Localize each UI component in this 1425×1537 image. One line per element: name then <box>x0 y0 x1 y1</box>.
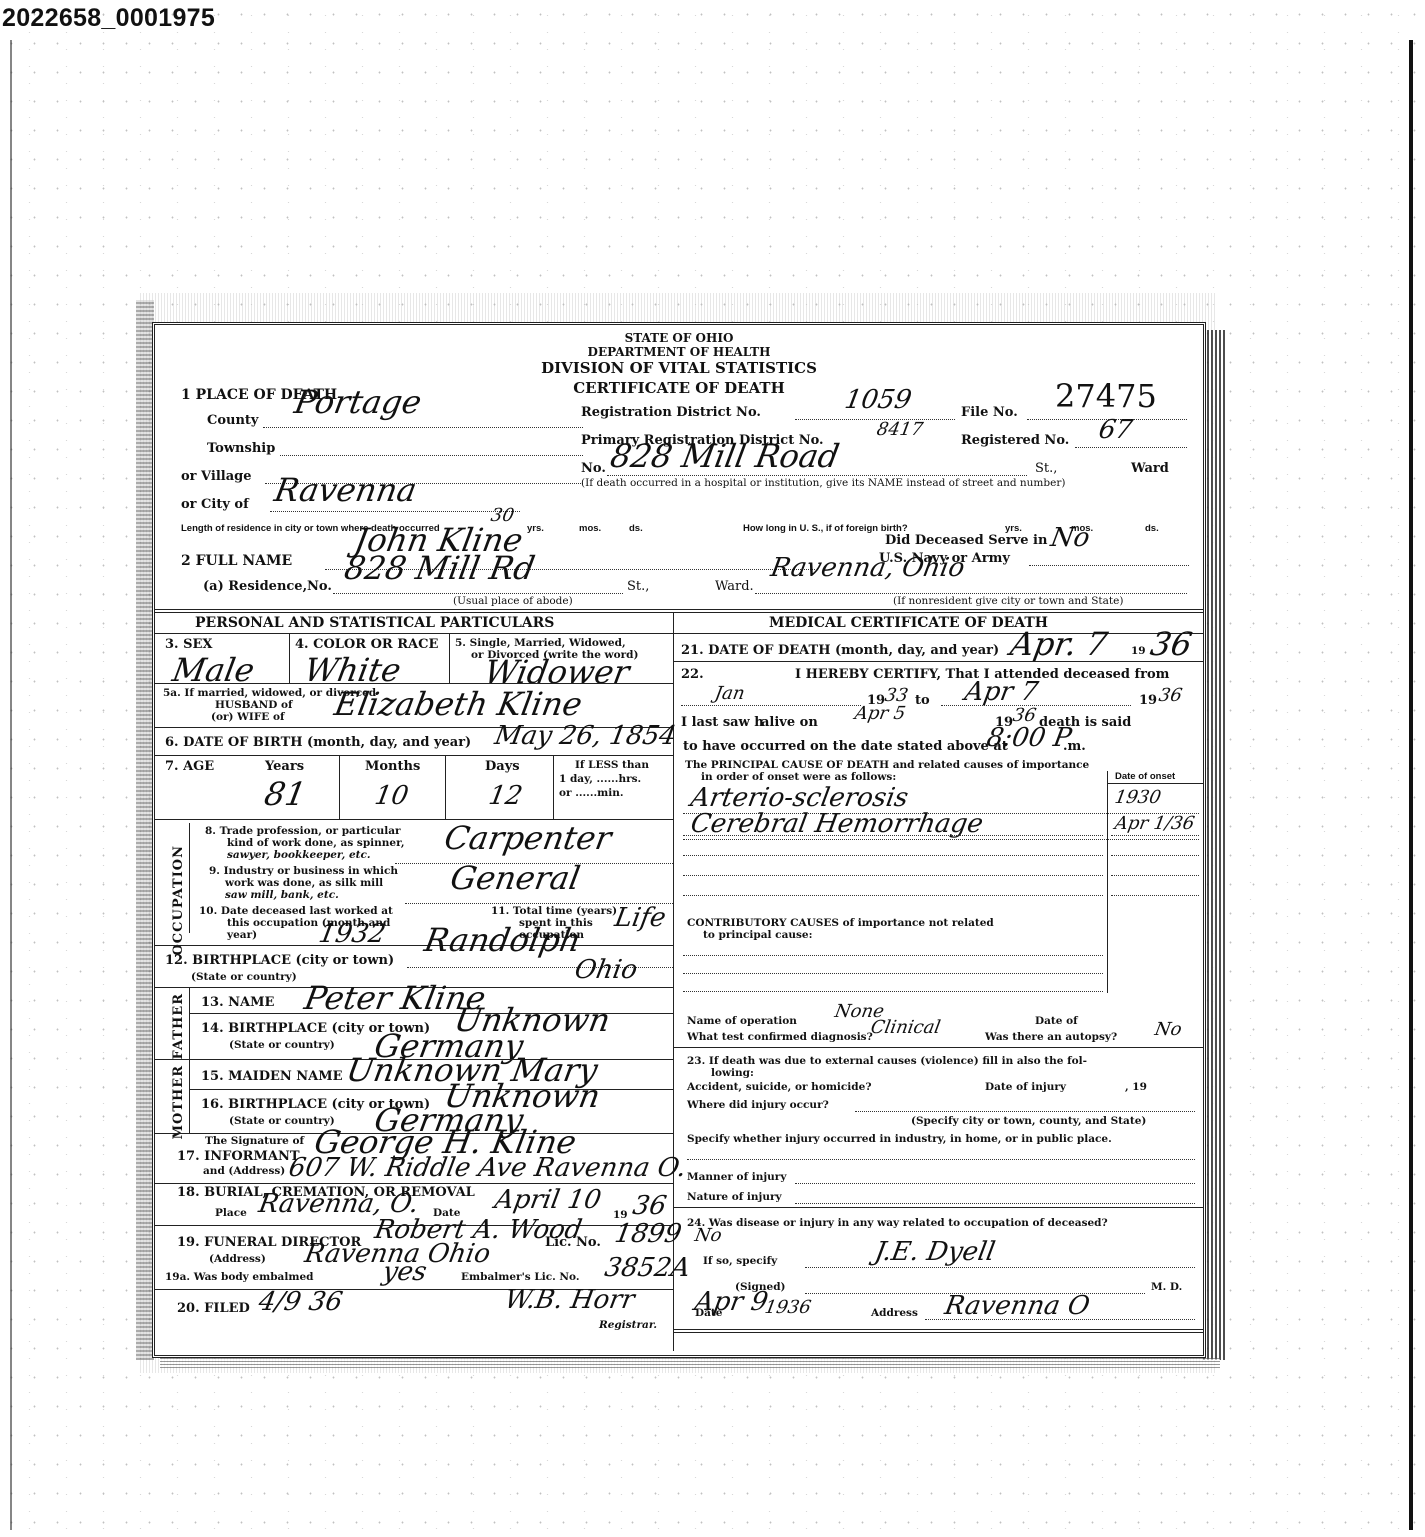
contributory-label-2: to principal cause: <box>703 929 812 941</box>
header-department: DEPARTMENT OF HEALTH <box>155 345 1203 359</box>
md-label: M. D. <box>1151 1281 1182 1293</box>
age-months-value: 10 <box>372 781 410 811</box>
dod-value: Apr. 7 <box>1008 625 1111 663</box>
yrs-label: yrs. <box>527 523 544 534</box>
occurred-label: to have occurred on the date stated abov… <box>683 739 1008 754</box>
filed-value: 4/9 36 <box>256 1287 344 1317</box>
months-label: Months <box>365 759 420 774</box>
attended-from-value: Jan <box>713 683 746 704</box>
county-line <box>263 427 583 428</box>
operation-label: Name of operation <box>687 1015 797 1027</box>
last-saw-label-2: alive on <box>761 715 818 730</box>
cause-label-1: The PRINCIPAL CAUSE OF DEATH and related… <box>685 759 1089 771</box>
last-saw-label: I last saw h <box>681 715 764 730</box>
test-value: Clinical <box>869 1017 942 1038</box>
primary-registration-district-value: 8417 <box>875 419 925 440</box>
embalmed-value: yes <box>380 1257 429 1287</box>
dob-value: May 26, 1854 <box>492 721 678 751</box>
dod-year-value: 36 <box>1148 625 1195 663</box>
where-note: (Specify city or town, county, and State… <box>911 1115 1146 1127</box>
registrar-signature: W.B. Horr <box>502 1285 637 1315</box>
city-value: Ravenna <box>272 471 420 509</box>
street-line <box>607 475 1027 476</box>
last-worked-label-1: 10. Date deceased last worked at <box>199 905 393 917</box>
vrule <box>189 1059 190 1133</box>
county-label: County <box>207 413 258 428</box>
age-days-value: 12 <box>486 781 524 811</box>
race-label: 4. COLOR OR RACE <box>295 637 438 652</box>
rule <box>155 633 673 634</box>
total-time-value: Life <box>612 903 668 933</box>
residence-label: (a) Residence, <box>203 579 307 594</box>
registered-no-value: 67 <box>1096 415 1134 445</box>
less-label-1: If LESS than <box>575 759 649 771</box>
informant-address-value: 607 W. Riddle Ave Ravenna O. <box>286 1153 688 1183</box>
dob-label: 6. DATE OF BIRTH (month, day, and year) <box>165 735 471 750</box>
industry-label-2: work was done, as silk mill <box>225 877 383 889</box>
dod-label: 21. DATE OF DEATH (month, day, and year) <box>681 643 999 658</box>
rule <box>155 945 673 946</box>
fd-address-label: (Address) <box>209 1253 266 1265</box>
signed-date-value: Apr 9 <box>692 1287 770 1317</box>
mos-label: mos. <box>579 523 601 534</box>
where-label: Where did injury occur? <box>687 1099 829 1111</box>
specify-line <box>687 1159 1195 1160</box>
mother-maiden-label: 15. MAIDEN NAME <box>201 1069 343 1084</box>
manner-label: Manner of injury <box>687 1171 786 1183</box>
nature-label: Nature of injury <box>687 1191 782 1203</box>
lic-no-value: 1899 <box>612 1219 683 1249</box>
ward-label: Ward <box>1131 461 1169 476</box>
attended-to-value: Apr 7 <box>962 677 1040 707</box>
birthplace-label: 12. BIRTHPLACE (city or town) <box>165 953 394 968</box>
section-divider <box>155 609 1203 613</box>
registered-no-line <box>1075 447 1187 448</box>
city-label: or City of <box>181 497 249 512</box>
contributory-label-1: CONTRIBUTORY CAUSES of importance not re… <box>687 917 994 929</box>
embalmer-lic-value: 3852A <box>602 1253 692 1283</box>
rule <box>673 661 1203 662</box>
registration-district-value: 1059 <box>842 385 913 415</box>
time-value: 8:00 P <box>984 723 1073 753</box>
rule <box>1107 783 1203 784</box>
if-so-line <box>805 1267 1195 1268</box>
certificate-right-border <box>1203 330 1225 1360</box>
residence-value: 828 Mill Rd <box>342 549 538 587</box>
burial-place-label: Place <box>215 1207 247 1219</box>
embalmer-lic-label: Embalmer's Lic. No. <box>461 1271 580 1283</box>
cause-line <box>683 875 1103 876</box>
trade-label-1: 8. Trade profession, or particular <box>205 825 401 837</box>
spouse-value: Elizabeth Kline <box>332 685 585 723</box>
contributory-line <box>683 991 1103 992</box>
filed-label: 20. FILED <box>177 1301 250 1316</box>
time-suffix: .m. <box>1063 739 1086 754</box>
external-label-1: 23. If death was due to external causes … <box>687 1055 1087 1067</box>
physician-signature: J.E. Dyell <box>872 1237 997 1267</box>
village-label: or Village <box>181 469 252 484</box>
onset-line <box>1111 895 1199 896</box>
birthplace-city-value: Randolph <box>422 921 584 959</box>
injury-year-prefix: , 19 <box>1125 1081 1147 1093</box>
vrule <box>445 755 446 819</box>
street-value: 828 Mill Road <box>608 437 843 475</box>
last-worked-label-3: year) <box>227 929 257 941</box>
scan-edge-left <box>0 40 12 1530</box>
burial-date-value: April 10 <box>492 1185 603 1215</box>
vrule <box>449 633 450 683</box>
city-line <box>270 511 520 512</box>
manner-line <box>795 1183 1195 1184</box>
military-line <box>1029 565 1189 566</box>
spouse-label-3: (or) WIFE of <box>211 711 284 723</box>
abode-note: (Usual place of abode) <box>453 595 573 607</box>
attended-from-line <box>681 705 861 706</box>
birthplace-state-value: Ohio <box>572 955 639 985</box>
ds-label: ds. <box>629 523 643 534</box>
residence-line <box>333 593 623 594</box>
total-time-label-1: 11. Total time (years) <box>491 905 617 917</box>
personal-heading: PERSONAL AND STATISTICAL PARTICULARS <box>195 615 554 631</box>
years-label: Years <box>265 759 304 774</box>
to-label: to <box>915 693 930 708</box>
lic-label: Lic. No. <box>545 1235 601 1250</box>
father-name-label: 13. NAME <box>201 995 274 1010</box>
address-value: Ravenna O <box>942 1291 1092 1321</box>
ward-line <box>755 593 1187 594</box>
trade-label-2: kind of work done, as spinner, <box>227 837 405 849</box>
registrar-label: Registrar. <box>599 1319 657 1331</box>
injury-date-label: Date of injury <box>985 1081 1066 1093</box>
trade-value: Carpenter <box>442 819 615 857</box>
to-year-value: 36 <box>1157 685 1184 706</box>
address-label: Address <box>871 1307 918 1319</box>
military-value: No <box>1048 523 1092 553</box>
vrule <box>339 755 340 819</box>
cause-line <box>683 895 1103 896</box>
header-state: STATE OF OHIO <box>155 331 1203 345</box>
embalmed-label: 19a. Was body embalmed <box>165 1271 313 1283</box>
nature-line <box>795 1203 1195 1204</box>
nonresident-note: (If nonresident give city or town and St… <box>893 595 1123 607</box>
township-line <box>280 455 583 456</box>
rule <box>155 1183 673 1184</box>
informant-label-3: and (Address) <box>203 1165 285 1177</box>
vrule <box>189 987 190 1059</box>
file-no-value: 27475 <box>1055 377 1157 415</box>
rule <box>155 683 673 684</box>
scan-edge-right <box>1409 40 1425 1530</box>
days-label: Days <box>485 759 520 774</box>
age-label: 7. AGE <box>165 759 214 774</box>
birthplace-state-label: (State or country) <box>191 971 297 983</box>
autopsy-label: Was there an autopsy? <box>985 1031 1117 1043</box>
file-no-label: File No. <box>961 405 1018 420</box>
less-label-2: 1 day, ......hrs. <box>559 773 641 785</box>
ward-value: Ravenna, Ohio <box>768 553 967 583</box>
vrule <box>189 823 190 933</box>
vrule <box>553 755 554 819</box>
less-label-3: or ......min. <box>559 787 624 799</box>
contributory-line <box>683 973 1103 974</box>
certify-num: 22. <box>681 667 704 682</box>
cause-line <box>683 839 1199 840</box>
dod-year-prefix: 19 <box>1131 645 1146 657</box>
ward-label-2: Ward. <box>715 579 754 594</box>
accident-label: Accident, suicide, or homicide? <box>687 1081 871 1093</box>
cause-label-2: in order of onset were as follows: <box>701 771 896 783</box>
contributory-line <box>683 955 1103 956</box>
image-id-label: 2022658_0001975 <box>2 4 215 33</box>
autopsy-value: No <box>1153 1019 1183 1040</box>
vrule <box>289 633 290 683</box>
rule <box>673 633 1203 634</box>
sex-label: 3. SEX <box>165 637 212 652</box>
header-division: DIVISION OF VITAL STATISTICS <box>155 359 1203 377</box>
occupation-related-label: 24. Was disease or injury in any way rel… <box>687 1217 1108 1229</box>
onset-value: Apr 1/36 <box>1113 813 1196 834</box>
cause-line <box>683 855 1103 856</box>
township-label: Township <box>207 441 275 456</box>
marital-label-1: 5. Single, Married, Widowed, <box>455 637 626 649</box>
where-line <box>855 1111 1195 1112</box>
registration-district-label: Registration District No. <box>581 405 761 420</box>
death-certificate: STATE OF OHIO DEPARTMENT OF HEALTH DIVIS… <box>152 322 1206 1358</box>
operation-date-label: Date of <box>1035 1015 1078 1027</box>
medical-heading: MEDICAL CERTIFICATE OF DEATH <box>769 615 1048 631</box>
hospital-note: (If death occurred in a hospital or inst… <box>581 477 1065 489</box>
father-side-label: FATHER <box>171 993 186 1060</box>
signed-year-value: 1936 <box>763 1297 813 1318</box>
registered-no-label: Registered No. <box>961 433 1069 448</box>
foreign-birth-label: How long in U. S., if of foreign birth? <box>743 523 908 534</box>
street-suffix: St., <box>1035 461 1057 476</box>
age-years-value: 81 <box>262 775 309 813</box>
industry-value: General <box>448 859 583 897</box>
test-label: What test confirmed diagnosis? <box>687 1031 873 1043</box>
trade-label-3: sawyer, bookkeeper, etc. <box>227 849 371 861</box>
onset-value: 1930 <box>1113 787 1163 808</box>
mother-side-label: MOTHER <box>171 1065 186 1139</box>
specify-label: Specify whether injury occurred in indus… <box>687 1133 1112 1145</box>
to-year-prefix: 19 <box>1139 693 1157 708</box>
industry-label-3: saw mill, bank, etc. <box>225 889 339 901</box>
street-label: No. <box>581 461 606 476</box>
informant-label-1: The Signature of <box>205 1135 304 1147</box>
onset-line <box>1111 855 1199 856</box>
onset-line <box>1111 835 1199 836</box>
external-label-2: lowing: <box>711 1067 754 1079</box>
onset-line <box>1111 875 1199 876</box>
bottom-rule <box>673 1329 1203 1333</box>
residence-suffix: St., <box>627 579 649 594</box>
foreign-ds-label: ds. <box>1145 523 1159 534</box>
occupation-side-label: OCCUPATION <box>171 845 186 956</box>
full-name-label: 2 FULL NAME <box>181 553 292 569</box>
if-so-label: If so, specify <box>703 1255 777 1267</box>
occupation-related-value: No <box>693 1225 723 1246</box>
onset-column-divider <box>1107 771 1108 993</box>
military-label-1: Did Deceased Serve in <box>885 533 1047 548</box>
residence-no-label: No. <box>307 579 332 594</box>
certificate-bottom-border <box>160 1358 1220 1368</box>
registration-district-line <box>795 419 955 420</box>
industry-label-1: 9. Industry or business in which <box>209 865 398 877</box>
rule <box>155 755 673 756</box>
onset-header: Date of onset <box>1115 771 1175 782</box>
rule <box>673 1047 1203 1048</box>
county-value: Portage <box>292 383 425 421</box>
burial-year-value: 36 <box>630 1191 668 1221</box>
rule <box>673 1207 1203 1208</box>
informant-label-2: 17. INFORMANT <box>177 1149 300 1164</box>
last-saw-value: Apr 5 <box>853 703 907 724</box>
cause-value: Cerebral Hemorrhage <box>688 809 985 839</box>
father-birthplace-state-label: (State or country) <box>229 1039 335 1051</box>
spouse-label-2: HUSBAND of <box>215 699 293 711</box>
